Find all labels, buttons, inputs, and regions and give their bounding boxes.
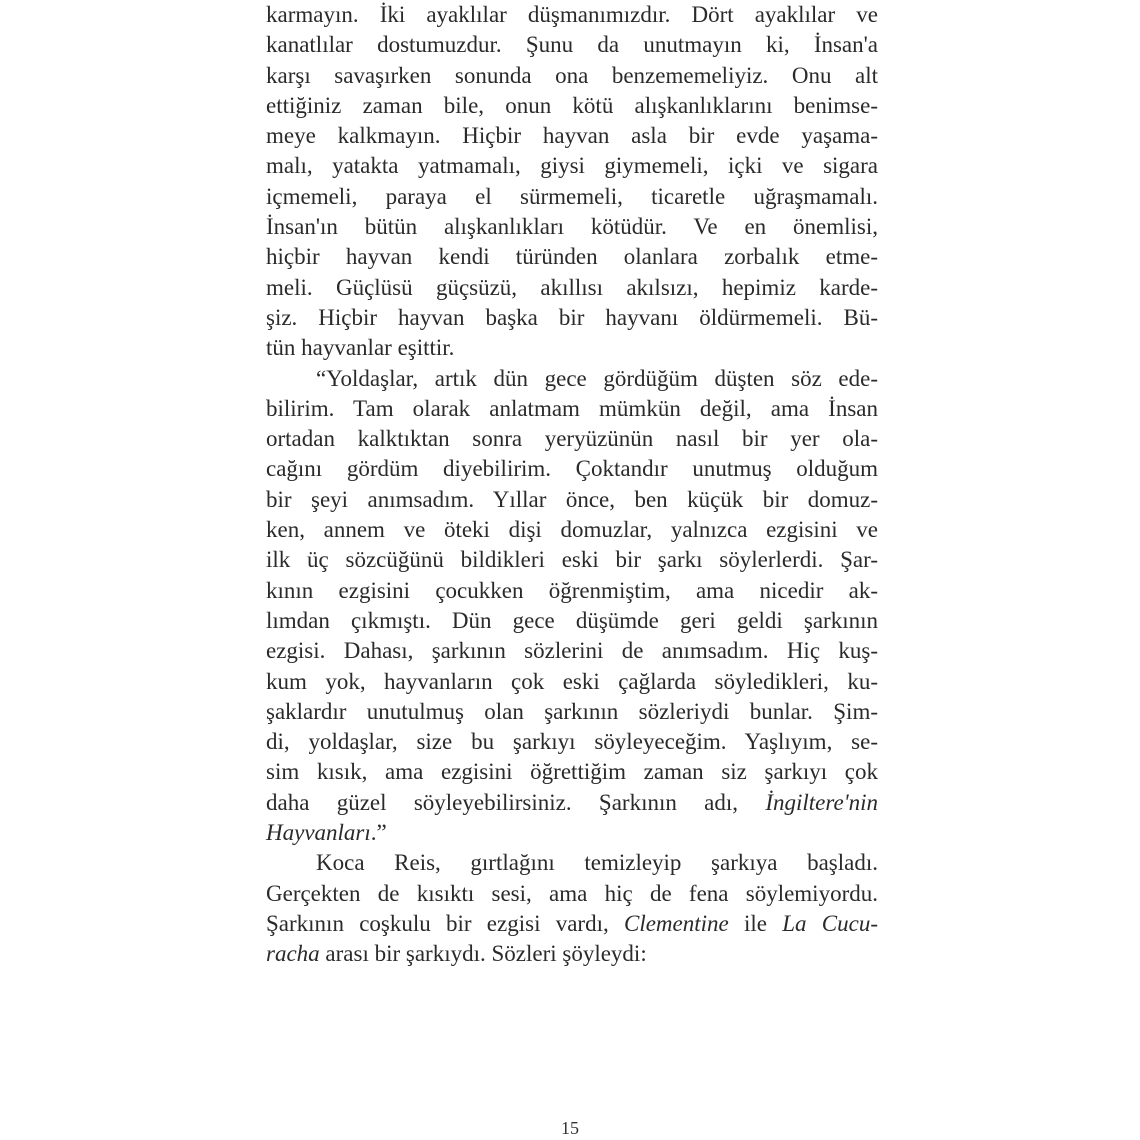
text-segment: ile bbox=[729, 911, 783, 936]
text-line: cağını gördüm diyebilirim. Çoktandır unu… bbox=[266, 454, 878, 484]
song-title-italic: La Cucu- bbox=[782, 911, 878, 936]
song-title-italic: İngiltere'nin bbox=[765, 790, 878, 815]
text-line: ezgisi. Dahası, şarkının sözlerini de an… bbox=[266, 636, 878, 666]
text-line: ortadan kalktıktan sonra yeryüzünün nası… bbox=[266, 424, 878, 454]
text-segment: Şarkının coşkulu bir ezgisi vardı, bbox=[266, 911, 624, 936]
text-line: şaklardır unutulmuş olan şarkının sözler… bbox=[266, 697, 878, 727]
text-segment: arası bir şarkıydı. Sözleri şöyleydi: bbox=[320, 941, 647, 966]
song-title-italic: racha bbox=[266, 941, 320, 966]
text-line: içmemeli, paraya el sürmemeli, ticaretle… bbox=[266, 182, 878, 212]
text-line: şiz. Hiçbir hayvan başka bir hayvanı öld… bbox=[266, 303, 878, 333]
text-line: İnsan'ın bütün alışkanlıkları kötüdür. V… bbox=[266, 212, 878, 242]
text-line: daha güzel söyleyebilirsiniz. Şarkının a… bbox=[266, 788, 878, 818]
song-title-italic: Hayvanları bbox=[266, 820, 371, 845]
text-line: malı, yatakta yatmamalı, giysi giymemeli… bbox=[266, 151, 878, 181]
text-line: meli. Güçlüsü güçsüzü, akıllısı akılsızı… bbox=[266, 273, 878, 303]
text-line: sim kısık, ama ezgisini öğrettiğim zaman… bbox=[266, 757, 878, 787]
text-segment: .” bbox=[371, 820, 387, 845]
text-segment: daha güzel söyleyebilirsiniz. Şarkının a… bbox=[266, 790, 765, 815]
text-line: bir şeyi anımsadım. Yıllar önce, ben küç… bbox=[266, 485, 878, 515]
text-line: tün hayvanlar eşittir. bbox=[266, 333, 878, 363]
text-line: ilk üç sözcüğünü bildikleri eski bir şar… bbox=[266, 545, 878, 575]
text-line: ettiğiniz zaman bile, onun kötü alışkanl… bbox=[266, 91, 878, 121]
book-page-text: karmayın. İki ayaklılar düşmanımızdır. D… bbox=[266, 0, 878, 970]
text-line: Şarkının coşkulu bir ezgisi vardı, Cleme… bbox=[266, 909, 878, 939]
text-line: hiçbir hayvan kendi türünden olanlara zo… bbox=[266, 242, 878, 272]
text-line: racha arası bir şarkıydı. Sözleri şöyley… bbox=[266, 939, 878, 969]
text-line: kının ezgisini çocukken öğrenmiştim, ama… bbox=[266, 576, 878, 606]
text-line: meye kalkmayın. Hiçbir hayvan asla bir e… bbox=[266, 121, 878, 151]
text-line: lımdan çıkmıştı. Dün gece düşümde geri g… bbox=[266, 606, 878, 636]
text-line: “Yoldaşlar, artık dün gece gördüğüm düşt… bbox=[266, 364, 878, 394]
text-line: Gerçekten de kısıktı sesi, ama hiç de fe… bbox=[266, 879, 878, 909]
song-title-italic: Clementine bbox=[624, 911, 729, 936]
text-line: Koca Reis, gırtlağını temizleyip şarkıya… bbox=[266, 848, 878, 878]
text-line: bilirim. Tam olarak anlatmam mümkün deği… bbox=[266, 394, 878, 424]
text-line: karmayın. İki ayaklılar düşmanımızdır. D… bbox=[266, 0, 878, 30]
text-line: karşı savaşırken sonunda ona benzememeli… bbox=[266, 61, 878, 91]
text-line: ken, annem ve öteki dişi domuzlar, yalnı… bbox=[266, 515, 878, 545]
text-line: kum yok, hayvanların çok eski çağlarda s… bbox=[266, 667, 878, 697]
text-line: di, yoldaşlar, size bu şarkıyı söyleyece… bbox=[266, 727, 878, 757]
text-line: kanatlılar dostumuzdur. Şunu da unutmayı… bbox=[266, 30, 878, 60]
page-number: 15 bbox=[0, 1118, 1140, 1139]
text-line: Hayvanları.” bbox=[266, 818, 878, 848]
